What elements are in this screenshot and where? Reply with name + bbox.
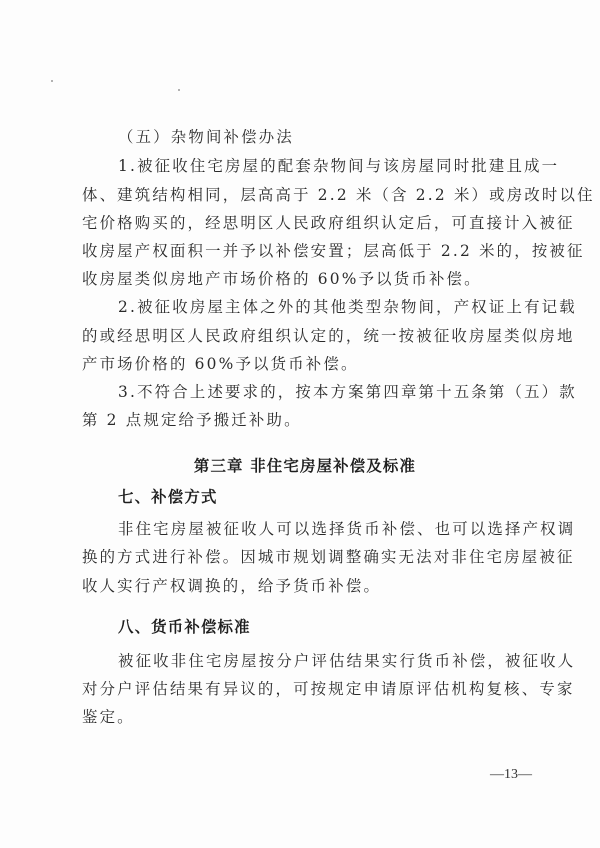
section-seven-heading: 七、补偿方式 <box>118 487 218 507</box>
paragraph-line: 非住宅房屋被征收人可以选择货币补偿、也可以选择产权调 <box>118 519 528 539</box>
paragraph-line: 1.被征收住宅房屋的配套杂物间与该房屋同时批建且成一 <box>118 156 528 176</box>
document-page: （五）杂物间补偿办法 1.被征收住宅房屋的配套杂物间与该房屋同时批建且成一 体、… <box>0 0 600 848</box>
paragraph-line: 的或经思明区人民政府组织认定的，统一按被征收房屋类似房地 <box>82 326 528 346</box>
section-five-heading: （五）杂物间补偿办法 <box>118 127 294 147</box>
paragraph-line: 3.不符合上述要求的，按本方案第四章第十五条第（五）款 <box>118 382 528 402</box>
page-number: —13— <box>490 766 532 784</box>
paragraph-line: 鉴定。 <box>82 707 528 727</box>
paragraph-line: 对分户评估结果有异议的，可按规定申请原评估机构复核、专家 <box>82 679 528 699</box>
chapter-title: 第三章 非住宅房屋补偿及标准 <box>0 456 600 476</box>
scan-speck <box>51 80 53 82</box>
section-eight-heading: 八、货币补偿标准 <box>118 617 251 637</box>
paragraph-line: 2.被征收房屋主体之外的其他类型杂物间，产权证上有记载 <box>118 297 528 317</box>
paragraph-line: 宅价格购买的，经思明区人民政府组织认定后，可直接计入被征 <box>82 213 528 233</box>
paragraph-line: 换的方式进行补偿。因城市规划调整确实无法对非住宅房屋被征 <box>82 547 528 567</box>
paragraph-line: 被征收非住宅房屋按分户评估结果实行货币补偿，被征收人 <box>118 651 528 671</box>
paragraph-line: 第 2 点规定给予搬迁补助。 <box>82 410 528 430</box>
scan-speck <box>178 89 180 91</box>
paragraph-line: 收房屋产权面积一并予以补偿安置；层高低于 2.2 米的，按被征 <box>82 241 528 261</box>
paragraph-line: 产市场价格的 60%予以货币补偿。 <box>82 354 528 374</box>
paragraph-line: 收房屋类似房地产市场价格的 60%予以货币补偿。 <box>82 269 528 289</box>
paragraph-line: 收人实行产权调换的，给予货币补偿。 <box>82 576 528 596</box>
paragraph-line: 体、建筑结构相同，层高高于 2.2 米（含 2.2 米）或房改时以住 <box>82 185 528 205</box>
